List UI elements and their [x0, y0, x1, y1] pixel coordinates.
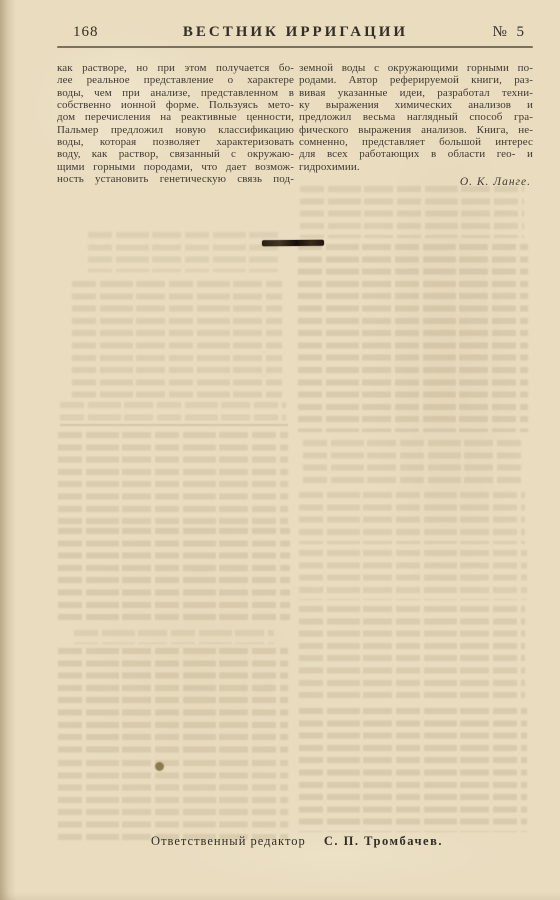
- footer-editor-name: С. П. Тромбачев.: [324, 834, 443, 848]
- journal-title: ВЕСТНИК ИРРИГАЦИИ: [183, 24, 408, 41]
- showthrough-text-block: [58, 528, 290, 624]
- text-line: родами. Автор реферируемой книги, раз-: [299, 74, 533, 86]
- header-rule: [57, 46, 533, 48]
- page-footer: Ответственный редактор С. П. Тромбачев.: [0, 834, 560, 849]
- showthrough-text-block: [299, 606, 525, 702]
- issue-number: № 5: [492, 24, 527, 41]
- showthrough-text-block: [298, 244, 528, 432]
- text-line: воды, чем при анализе, представленном в: [57, 87, 294, 99]
- showthrough-text-block: [60, 402, 286, 422]
- text-line: лее реальное представление о характере: [57, 74, 294, 86]
- text-line: для всех работающих в области гео- и: [299, 148, 533, 160]
- scan-edge-shadow-bottom: [0, 892, 560, 900]
- text-line: вивая указанные идеи, разработал техни-: [299, 87, 533, 99]
- showthrough-text-block: [299, 708, 527, 832]
- showthrough-text-block: [303, 440, 523, 486]
- text-line: Пальмер предложил новую классификацию: [57, 124, 294, 136]
- text-line: воды, которая позволяет характеризовать: [57, 136, 294, 148]
- scan-edge-shadow-left: [0, 0, 16, 900]
- showthrough-rule: [60, 424, 288, 426]
- showthrough-text-block: [300, 186, 524, 238]
- section-divider-bar: [262, 240, 324, 247]
- showthrough-text-block: [58, 648, 288, 756]
- showthrough-text-block: [299, 492, 525, 544]
- text-line: воду, как раствор, связанный с окружаю-: [57, 148, 294, 160]
- showthrough-text-block: [88, 232, 278, 272]
- author-signature: О. К. Ланге.: [299, 176, 531, 188]
- showthrough-text-block: [72, 281, 282, 399]
- text-line: предложил весьма наглядный способ гра-: [299, 111, 533, 123]
- showthrough-text-block: [299, 550, 527, 600]
- article-left-column: как растворе, но при этом получается бо-…: [57, 62, 294, 185]
- text-line: собственно ионной форме. Пользуясь мето-: [57, 99, 294, 111]
- text-line: гидрохимии.: [299, 161, 533, 173]
- showthrough-text-block: [58, 432, 288, 524]
- ink-spot: [155, 762, 164, 771]
- footer-label: Ответственный редактор: [151, 834, 306, 848]
- text-line: дом перечисления на реактивные ценности,: [57, 111, 294, 123]
- page-header: 168 ВЕСТНИК ИРРИГАЦИИ № 5: [57, 24, 533, 41]
- text-line: земной воды с окружающими горными по-: [299, 62, 533, 74]
- page-number: 168: [73, 24, 99, 41]
- text-line: фического выражения анализов. Книга, не-: [299, 124, 533, 136]
- showthrough-text-block: [74, 630, 274, 644]
- text-line: ность установить генетическую связь под-: [57, 173, 294, 185]
- text-line: сомненно, представляет большой интерес: [299, 136, 533, 148]
- scanned-journal-page: 168 ВЕСТНИК ИРРИГАЦИИ № 5 как растворе, …: [0, 0, 560, 900]
- text-line: ку выражения химических анализов и: [299, 99, 533, 111]
- text-line: как растворе, но при этом получается бо-: [57, 62, 294, 74]
- text-line: щими горными породами, что дает возмож-: [57, 161, 294, 173]
- article-right-column: земной воды с окружающими горными по-род…: [299, 62, 533, 173]
